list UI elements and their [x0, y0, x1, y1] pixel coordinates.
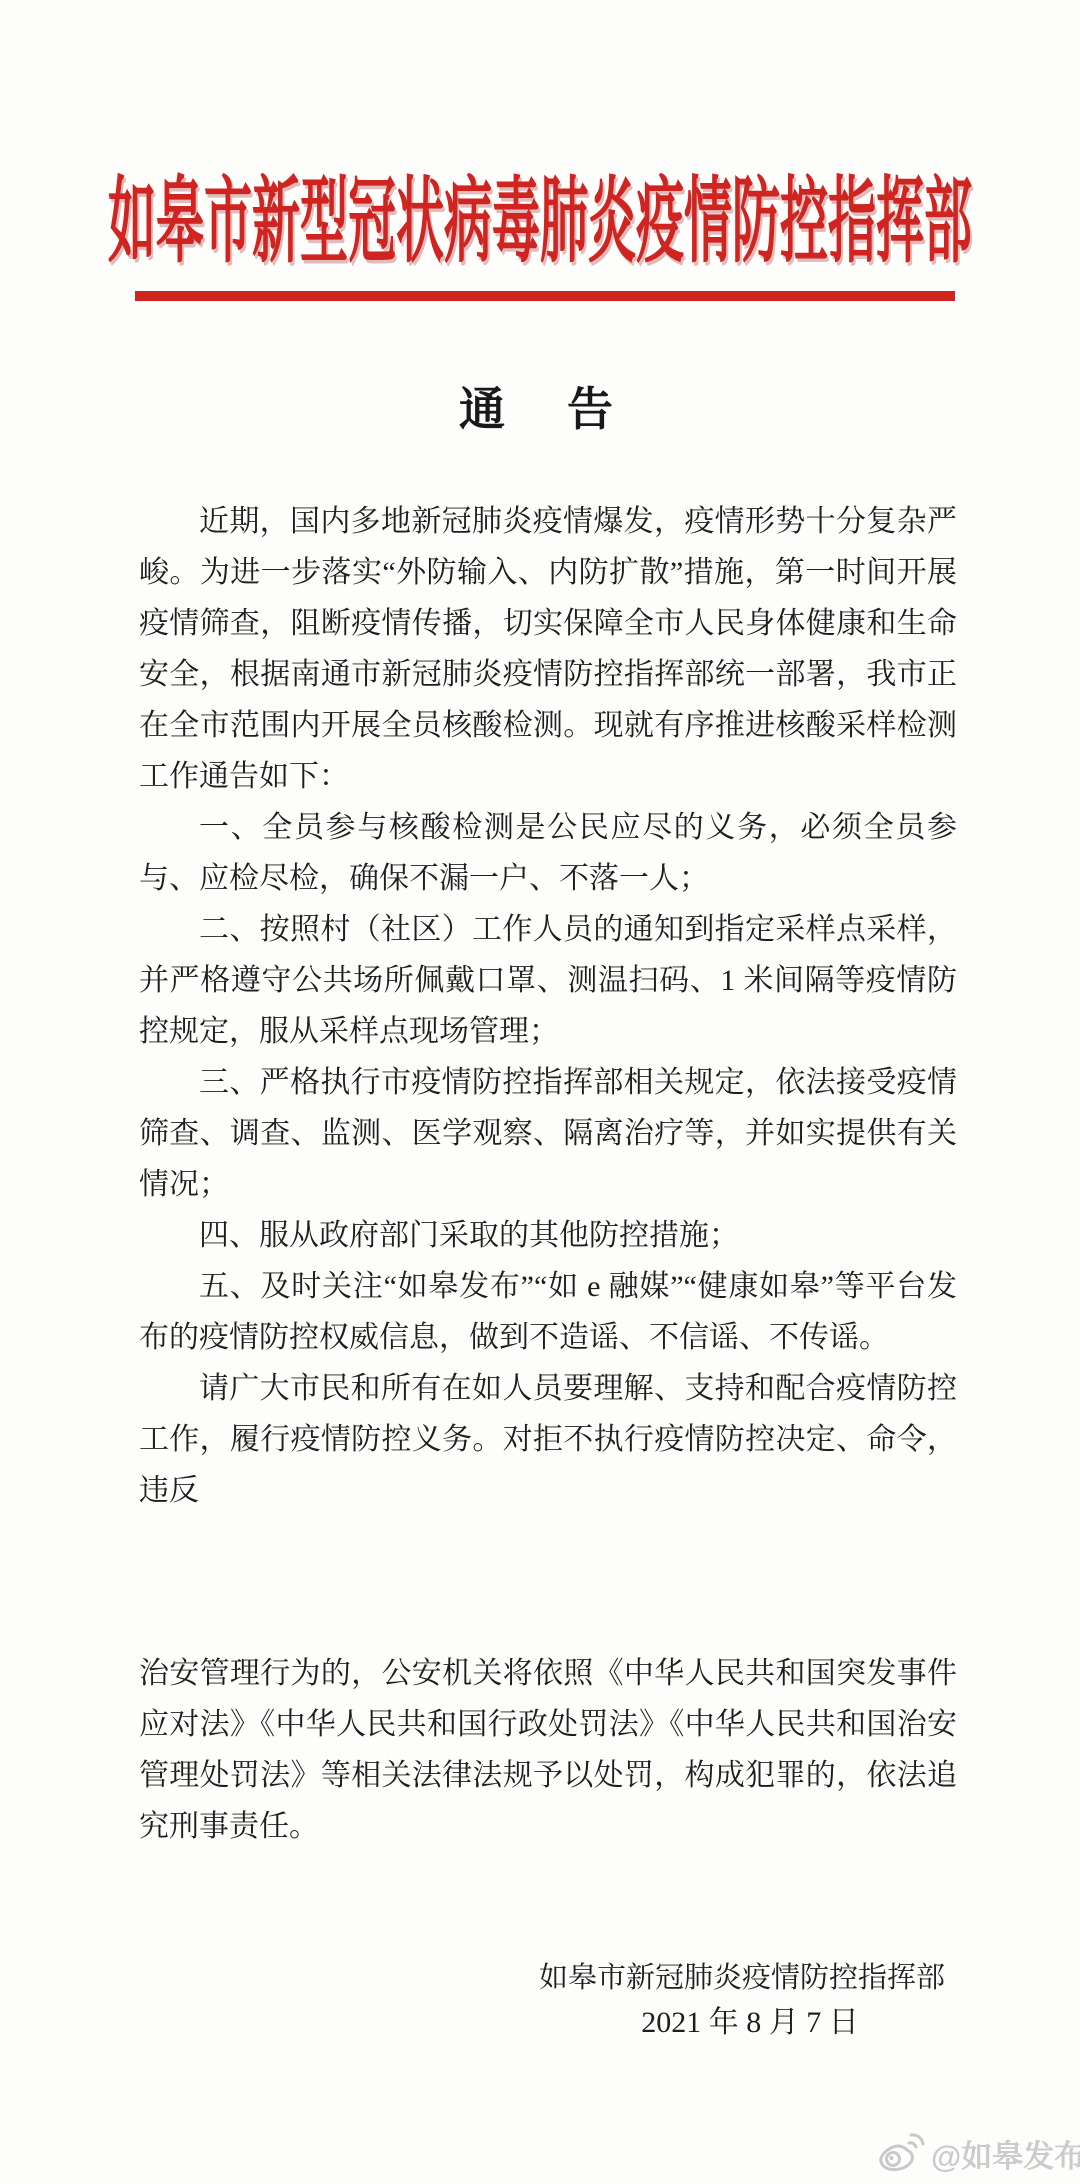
notice-body-continuation: 治安管理行为的，公安机关将依照《中华人民共和国突发事件应对法》《中华人民共和国行… — [139, 1648, 957, 1852]
issuer-signature: 如皋市新冠肺炎疫情防控指挥部 — [539, 1957, 945, 1999]
notice-item-4: 四、服从政府部门采取的其他防控措施； — [139, 1210, 957, 1261]
notice-item-1: 一、全员参与核酸检测是公民应尽的义务，必须全员参与、应检尽检，确保不漏一户、不落… — [139, 802, 957, 904]
watermark-text: @如皋发布 — [931, 2131, 1080, 2176]
notice-item-5: 五、及时关注“如皋发布”“如 e 融媒”“健康如皋”等平台发布的疫情防控权威信息… — [139, 1261, 957, 1363]
notice-document: 如皋市新型冠状病毒肺炎疫情防控指挥部 通 告 近期，国内多地新冠肺炎疫情爆发，疫… — [0, 0, 1080, 2184]
notice-title: 通 告 — [0, 383, 1080, 437]
watermark: @如皋发布 — [876, 2130, 1080, 2176]
paragraph-continuation: 治安管理行为的，公安机关将依照《中华人民共和国突发事件应对法》《中华人民共和国行… — [139, 1648, 957, 1852]
red-divider — [135, 291, 955, 301]
notice-item-2: 二、按照村（社区）工作人员的通知到指定采样点采样，并严格遵守公共场所佩戴口罩、测… — [139, 904, 957, 1057]
paragraph-appeal: 请广大市民和所有在如人员要理解、支持和配合疫情防控工作，履行疫情防控义务。对拒不… — [139, 1363, 957, 1516]
paragraph-intro: 近期，国内多地新冠肺炎疫情爆发，疫情形势十分复杂严峻。为进一步落实“外防输入、内… — [139, 496, 957, 802]
agency-banner: 如皋市新型冠状病毒肺炎疫情防控指挥部 — [0, 177, 1080, 271]
issue-date: 2021 年 8 月 7 日 — [560, 2002, 940, 2044]
weibo-icon — [876, 2130, 926, 2176]
notice-item-3: 三、严格执行市疫情防控指挥部相关规定，依法接受疫情筛查、调查、监测、医学观察、隔… — [139, 1057, 957, 1210]
notice-body: 近期，国内多地新冠肺炎疫情爆发，疫情形势十分复杂严峻。为进一步落实“外防输入、内… — [139, 496, 957, 1516]
